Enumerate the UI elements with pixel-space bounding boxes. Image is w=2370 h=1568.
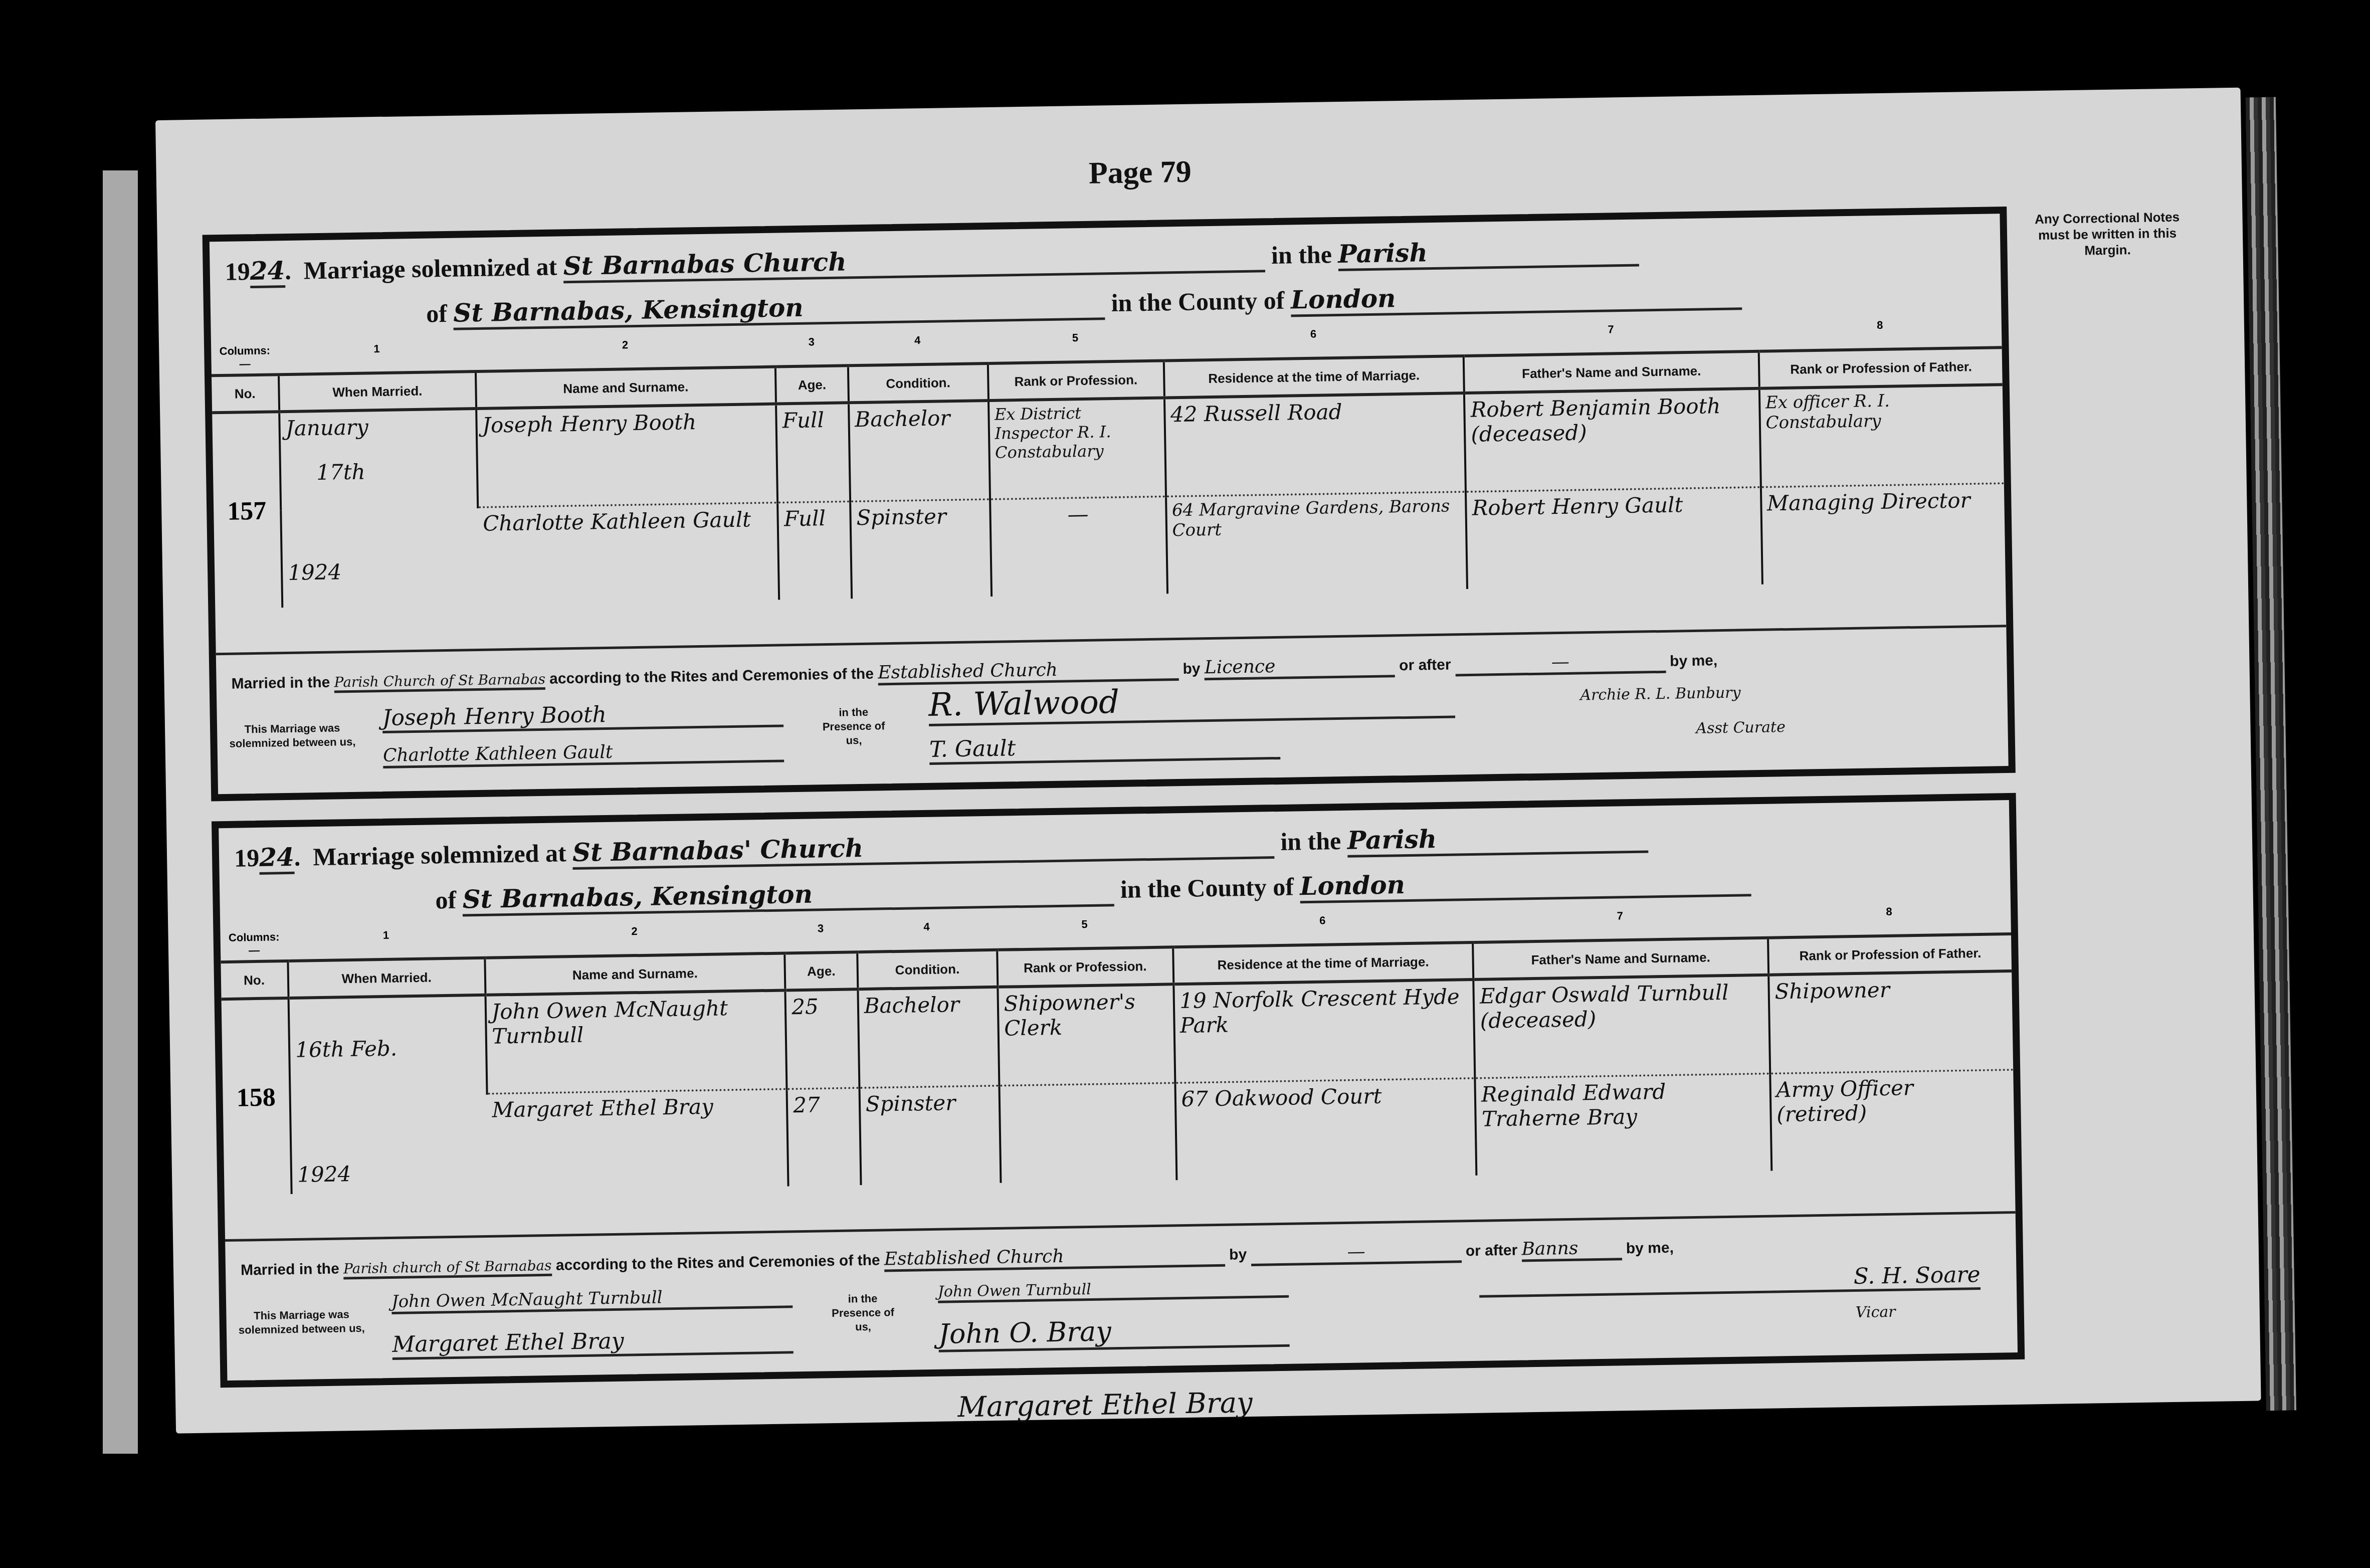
col-header-name: Name and Surname. — [475, 367, 776, 409]
bride-signature: Margaret Ethel Bray — [392, 1325, 794, 1360]
col-header-rank: Rank or Profession. — [997, 947, 1173, 987]
when-married: 16th Feb.1924 — [289, 995, 488, 1194]
witness-2-signature: John O. Bray — [938, 1313, 1290, 1352]
page-edges — [2246, 97, 2296, 1411]
officiant-signature: Archie R. L. Bunbury — [1580, 684, 1741, 704]
col-header-father: Father's Name and Surname. — [1473, 938, 1768, 979]
county-field: London — [1290, 278, 1742, 317]
officiant-title: Asst Curate — [1696, 718, 1786, 737]
col-header-condition: Condition. — [857, 950, 998, 989]
bride-signature: Charlotte Kathleen Gault — [383, 739, 784, 768]
church-field: St Barnabas Church — [563, 240, 1265, 283]
rites-field: Established Church — [878, 658, 1179, 685]
groom-father-name: Edgar Oswald Turnbull (deceased) — [1474, 975, 1770, 1078]
parish-field: St Barnabas, Kensington — [462, 874, 1114, 916]
county-field: London — [1300, 864, 1751, 903]
book-spine — [103, 170, 138, 1454]
or-after-field: — — [1455, 650, 1666, 677]
this-marriage-label: This Marriage was solemnized between us, — [227, 721, 358, 751]
witness-1-signature: R. Walwood — [928, 678, 1455, 726]
col-header-when: When Married. — [288, 958, 485, 998]
bride-age: 27 — [787, 1088, 861, 1186]
bride-father-name: Reginald Edward Traherne Bray — [1475, 1074, 1771, 1175]
district-type-field: Parish — [1347, 821, 1648, 857]
by-field: Licence — [1205, 654, 1396, 680]
col-header-residence: Residence at the time of Marriage. — [1163, 356, 1464, 398]
entry-header-line-1: 1924. Marriage solemnized at St Barnabas… — [234, 821, 1649, 875]
rites-field: Established Church — [884, 1244, 1226, 1272]
groom-father-name: Robert Benjamin Booth (deceased) — [1464, 388, 1760, 492]
officiant-title: Vicar — [1856, 1303, 1896, 1321]
groom-name: Joseph Henry Booth — [476, 404, 778, 507]
presence-label: in the Presence of us, — [828, 1291, 898, 1334]
bride-condition: Spinster — [859, 1086, 1001, 1185]
margin-note: Any Correctional Notes must be written i… — [2032, 209, 2183, 260]
marriage-entry-157: 1924. Marriage solemnized at St Barnabas… — [203, 207, 2016, 801]
bride-name: Margaret Ethel Bray — [487, 1089, 788, 1191]
groom-condition: Bachelor — [858, 987, 999, 1088]
groom-age: Full — [776, 403, 850, 502]
officiant-signature: S. H. Soare — [1479, 1262, 1981, 1298]
or-after-field: Banns — [1521, 1237, 1622, 1262]
col-header-condition: Condition. — [848, 363, 989, 403]
col-header-age: Age. — [775, 365, 849, 404]
groom-age: 25 — [785, 989, 860, 1089]
entry-number: 157 — [212, 412, 282, 609]
bride-age: Full — [777, 501, 852, 600]
entry-number: 158 — [222, 998, 292, 1195]
bride-father-profession: Army Officer (retired) — [1770, 1070, 2015, 1171]
register-page: Page 79 Any Correctional Notes must be w… — [155, 88, 2261, 1434]
marriage-entry-158: 1924. Marriage solemnized at St Barnabas… — [212, 793, 2025, 1388]
groom-signature: Joseph Henry Booth — [382, 699, 783, 733]
district-type-field: Parish — [1338, 235, 1639, 271]
col-header-rank: Rank or Profession. — [988, 360, 1164, 401]
col-header-no: No. — [212, 374, 279, 413]
col-header-when: When Married. — [279, 371, 476, 412]
col-header-name: Name and Surname. — [485, 953, 785, 995]
bride-condition: Spinster — [850, 499, 992, 599]
groom-father-profession: Ex officer R. I. Constabulary — [1759, 384, 2004, 487]
bride-residence: 67 Oakwood Court — [1175, 1078, 1477, 1180]
col-header-no: No. — [221, 961, 288, 999]
col-header-father-rank: Rank or Profession of Father. — [1768, 934, 2012, 975]
col-header-father: Father's Name and Surname. — [1464, 351, 1759, 393]
groom-condition: Bachelor — [849, 401, 990, 501]
page-title: Page 79 — [1088, 154, 1192, 191]
bride-father-name: Robert Henry Gault — [1466, 487, 1762, 589]
church-field: St Barnabas' Church — [572, 827, 1275, 870]
married-in-line: Married in the Parish church of St Barna… — [241, 1237, 1674, 1282]
bride-name: Charlotte Kathleen Gault — [478, 503, 779, 605]
col-header-father-rank: Rank or Profession of Father. — [1758, 347, 2002, 388]
col-header-residence: Residence at the time of Marriage. — [1173, 942, 1474, 984]
groom-residence: 19 Norfolk Crescent Hyde Park — [1173, 979, 1475, 1083]
extra-bride-signature: Margaret Ethel Bray — [957, 1387, 1253, 1424]
groom-profession: Shipowner's Clerk — [998, 984, 1175, 1085]
col-header-age: Age. — [785, 952, 858, 990]
married-in-field: Parish church of St Barnabas — [343, 1257, 552, 1280]
register-table: Columns:— 12345678 No. When Married. Nam… — [220, 900, 2015, 1195]
when-married: January17th1924 — [279, 409, 479, 608]
bride-residence: 64 Margravine Gardens, Barons Court — [1166, 492, 1468, 594]
by-field: — — [1251, 1240, 1462, 1266]
this-marriage-label: This Marriage was solemnized between us, — [236, 1307, 367, 1337]
witness-1-signature: John Owen Turnbull — [938, 1278, 1289, 1303]
witness-2-signature: T. Gault — [929, 731, 1281, 765]
groom-profession: Ex District Inspector R. I. Constabulary — [989, 398, 1166, 499]
groom-residence: 42 Russell Road — [1164, 393, 1466, 496]
groom-signature: John Owen McNaught Turnbull — [391, 1285, 793, 1314]
groom-father-profession: Shipowner — [1768, 971, 2013, 1074]
bride-profession: — — [990, 496, 1167, 596]
married-in-field: Parish Church of St Barnabas — [334, 671, 545, 693]
groom-name: John Owen McNaught Turnbull — [485, 990, 787, 1093]
presence-label: in the Presence of us, — [819, 705, 889, 748]
entry-header-line-1: 1924. Marriage solemnized at St Barnabas… — [225, 235, 1639, 289]
bride-profession — [999, 1083, 1176, 1183]
parish-field: St Barnabas, Kensington — [453, 288, 1105, 330]
register-table: Columns:— 12345678 No. When Married. Nam… — [211, 314, 2006, 609]
bride-father-profession: Managing Director — [1761, 483, 2006, 584]
